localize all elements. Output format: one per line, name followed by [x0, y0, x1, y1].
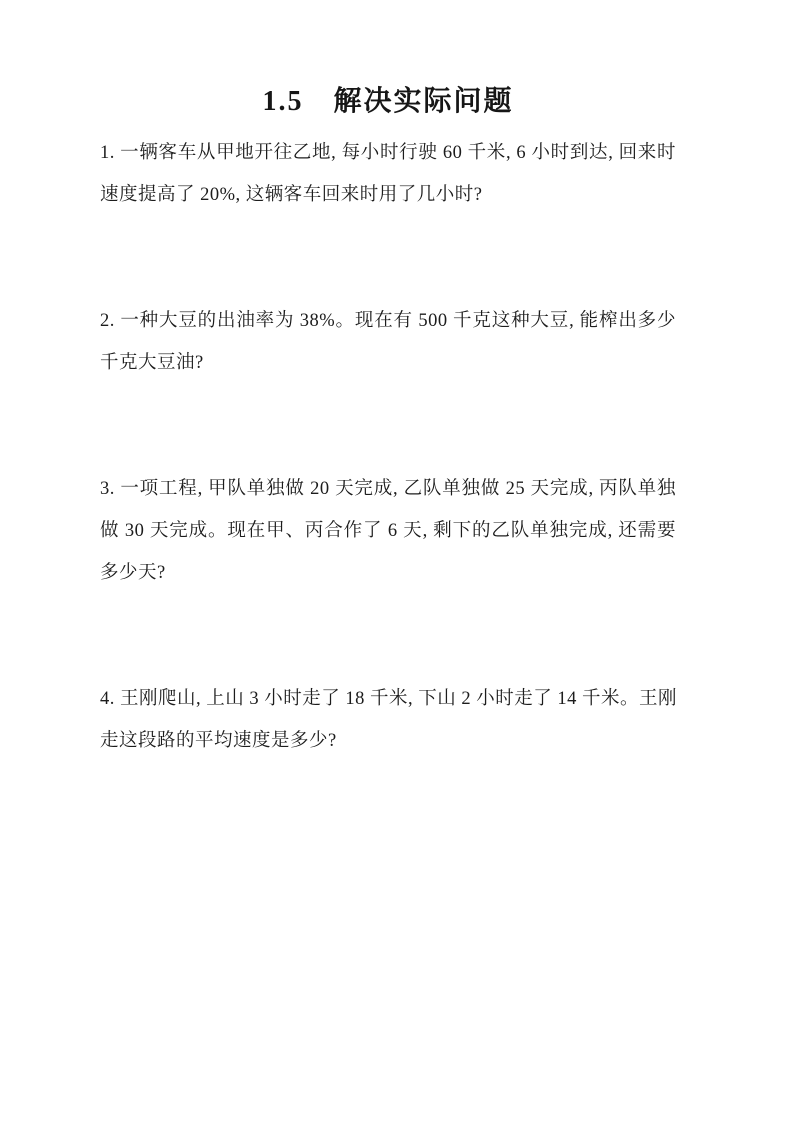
question-3: 3. 一项工程, 甲队单独做 20 天完成, 乙队单独做 25 天完成, 丙队单…: [100, 468, 676, 594]
question-1: 1. 一辆客车从甲地开往乙地, 每小时行驶 60 千米, 6 小时到达, 回来时…: [100, 132, 676, 216]
question-1-line-1: 1. 一辆客车从甲地开往乙地, 每小时行驶 60 千米, 6 小时到达, 回来时: [100, 132, 676, 174]
question-4-line-1: 4. 王刚爬山, 上山 3 小时走了 18 千米, 下山 2 小时走了 14 千…: [100, 678, 676, 720]
question-4: 4. 王刚爬山, 上山 3 小时走了 18 千米, 下山 2 小时走了 14 千…: [100, 678, 676, 762]
question-1-line-2: 速度提高了 20%, 这辆客车回来时用了几小时?: [100, 174, 676, 216]
question-2-line-2: 千克大豆油?: [100, 342, 676, 384]
worksheet-page: 1.5 解决实际问题 1. 一辆客车从甲地开往乙地, 每小时行驶 60 千米, …: [0, 0, 793, 1122]
question-3-line-3: 多少天?: [100, 552, 676, 594]
question-4-line-2: 走这段路的平均速度是多少?: [100, 720, 676, 762]
question-3-line-2: 做 30 天完成。现在甲、丙合作了 6 天, 剩下的乙队单独完成, 还需要: [100, 510, 676, 552]
question-2-line-1: 2. 一种大豆的出油率为 38%。现在有 500 千克这种大豆, 能榨出多少: [100, 300, 676, 342]
question-3-line-1: 3. 一项工程, 甲队单独做 20 天完成, 乙队单独做 25 天完成, 丙队单…: [100, 468, 676, 510]
question-2: 2. 一种大豆的出油率为 38%。现在有 500 千克这种大豆, 能榨出多少 千…: [100, 300, 676, 384]
page-title: 1.5 解决实际问题: [100, 80, 676, 124]
